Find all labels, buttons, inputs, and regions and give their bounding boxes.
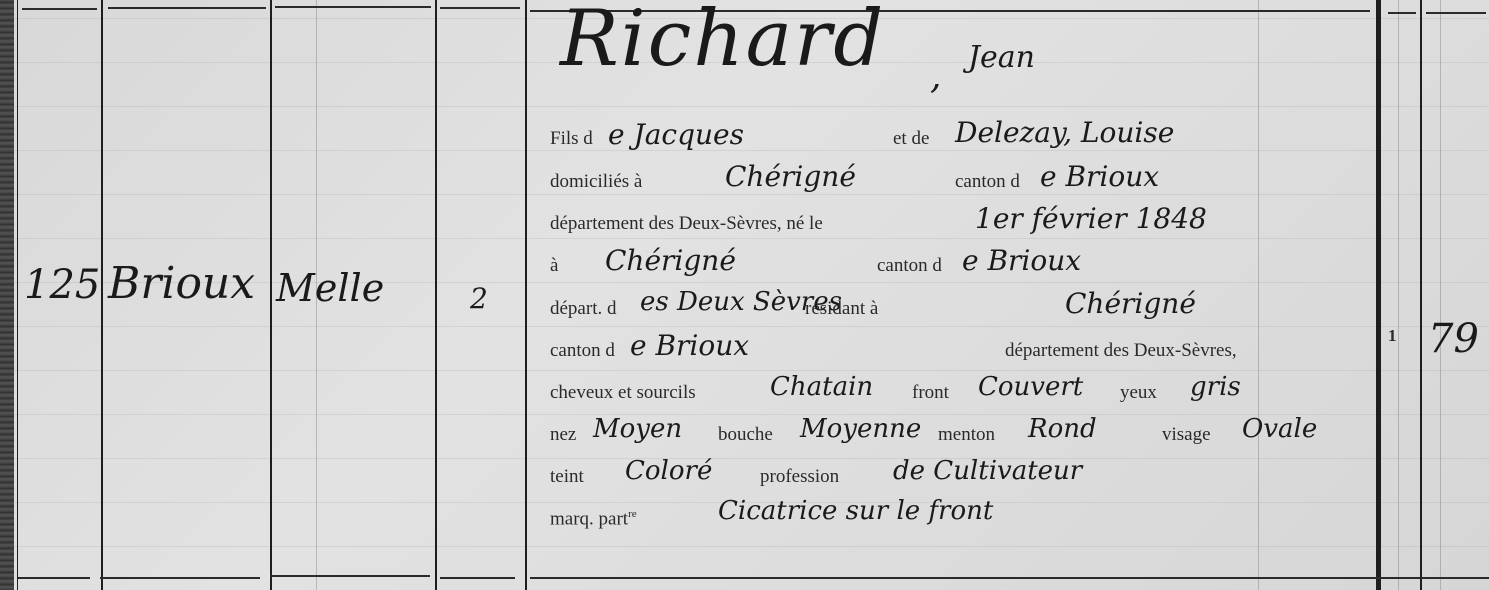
column-rule <box>525 0 527 590</box>
column-a-value: 1 <box>1388 326 1397 346</box>
canton-column: Brioux <box>108 258 255 309</box>
complexion-value: Coloré <box>625 456 712 486</box>
forehead-label: front <box>912 382 949 404</box>
domicile-label: domiciliés à <box>550 171 642 193</box>
father-value: e Jacques <box>608 118 744 151</box>
column-rule <box>270 0 272 590</box>
column-rule <box>17 0 18 590</box>
bottom-rule <box>270 575 430 577</box>
profession-value: de Cultivateur <box>893 456 1082 486</box>
domicile-canton-value: e Brioux <box>1040 160 1159 193</box>
face-label: visage <box>1162 424 1211 446</box>
birth-date: 1er février 1848 <box>975 202 1207 235</box>
top-rule <box>1388 12 1416 14</box>
column-rule <box>1398 0 1399 590</box>
hair-label: cheveux et sourcils <box>550 382 696 404</box>
marks-label-text: marq. part <box>550 508 628 529</box>
top-rule <box>1426 12 1486 14</box>
nose-label: nez <box>550 424 576 446</box>
given-name: Jean <box>968 40 1035 75</box>
entry-number: 125 <box>24 262 100 308</box>
bottom-rule <box>530 577 1489 579</box>
column-rule <box>101 0 103 590</box>
eyes-value: gris <box>1190 372 1241 402</box>
birth-canton-value: e Brioux <box>962 244 1081 277</box>
birth-dept-label: départ. d <box>550 298 616 320</box>
chin-label: menton <box>938 424 995 446</box>
residence-value: Chérigné <box>1065 287 1196 320</box>
chin-value: Rond <box>1028 414 1097 444</box>
birth-canton-label: canton d <box>877 255 942 277</box>
marks-value: Cicatrice sur le front <box>718 496 993 526</box>
dept-born-label: département des Deux-Sèvres, né le <box>550 213 823 235</box>
birthplace-label: à <box>550 255 558 277</box>
father-label: Fils d <box>550 128 593 150</box>
mouth-value: Moyenne <box>800 414 921 444</box>
column-rule <box>1258 0 1259 590</box>
nose-value: Moyen <box>593 414 682 444</box>
mother-label: et de <box>893 128 929 150</box>
domicile-value: Chérigné <box>725 160 856 193</box>
top-rule <box>440 7 520 9</box>
column-4-value: 2 <box>470 282 488 315</box>
domicile-canton-label: canton d <box>955 171 1020 193</box>
mouth-label: bouche <box>718 424 773 446</box>
top-rule <box>108 7 266 9</box>
marks-label: marq. partre <box>550 508 637 530</box>
top-rule <box>275 6 431 8</box>
birthplace-value: Chérigné <box>605 244 736 277</box>
residence-canton-label: canton d <box>550 340 615 362</box>
arrondissement-column: Melle <box>276 266 384 310</box>
eyes-label: yeux <box>1120 382 1157 404</box>
face-value: Ovale <box>1242 414 1317 444</box>
register-page: 125 Brioux Melle 2 1 79 Richard , Jean F… <box>0 0 1489 590</box>
surname: Richard <box>560 0 885 84</box>
column-b-value: 79 <box>1428 316 1479 362</box>
residence-label: résidant à <box>805 298 878 320</box>
hair-value: Chatain <box>770 372 873 402</box>
forehead-value: Couvert <box>978 372 1083 402</box>
column-rule <box>1440 0 1441 590</box>
top-rule <box>22 8 97 10</box>
bottom-rule <box>440 577 515 579</box>
marks-label-sup: re <box>628 508 637 520</box>
column-rule <box>1420 0 1422 590</box>
complexion-label: teint <box>550 466 584 488</box>
page-binding-edge <box>0 0 14 590</box>
residence-dept-label: département des Deux-Sèvres, <box>1005 340 1237 362</box>
profession-label: profession <box>760 466 839 488</box>
mother-value: Delezay, Louise <box>955 116 1174 149</box>
bottom-rule <box>18 577 90 579</box>
column-rule <box>435 0 437 590</box>
residence-canton-value: e Brioux <box>630 329 749 362</box>
bottom-rule <box>100 577 260 579</box>
column-rule-thick <box>1376 0 1381 590</box>
name-comma: , <box>930 56 941 97</box>
